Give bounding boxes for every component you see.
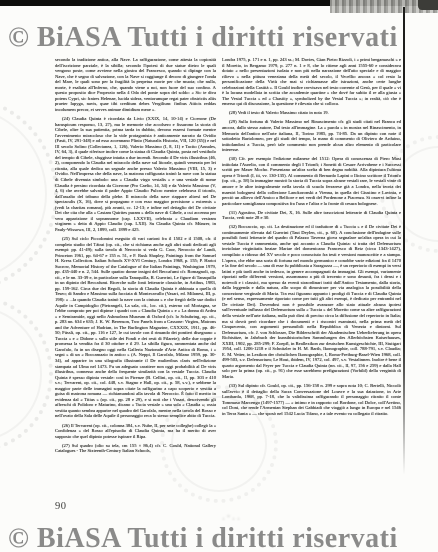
footnote-paragraph: (27) Sul quadro (olio su tela, cm 155 × …: [55, 443, 216, 454]
footnote-paragraph: (31) Agostino, De civitate Dei, X, 16. S…: [222, 210, 401, 221]
watermark-top: © BiASA Tutti i diritti riservati: [8, 22, 438, 54]
scan-corner-blob: [418, 0, 438, 10]
footnotes-right-column: Londra 1975, p. 171 e n. 1, pp. 243 ss.;…: [222, 57, 401, 416]
footnote-paragraph: (25) Sul ciclo Piccolomini eseguito di v…: [55, 236, 216, 419]
page-edge-line: [403, 7, 405, 475]
footnote-paragraph: (29) Sulla fortuna di Valerio Massimo ne…: [222, 119, 401, 152]
footnote-paragraph: (30) Cfr. per esempio l'edizione milanes…: [222, 156, 401, 206]
footnotes-left-column: secondo la tradizione antica, alla Nave.…: [55, 57, 216, 454]
footnote-paragraph: secondo la tradizione antica, alla Nave.…: [55, 57, 216, 112]
footnote-paragraph: (26) Il Tervarent (op. cit., colonna 384…: [55, 423, 216, 440]
stamp-circle: [0, 95, 58, 293]
footnote-paragraph: (32) Boccaccio, op. cit. La destinazione…: [222, 224, 401, 379]
footnote-paragraph: Londra 1975, p. 171 e n. 1, pp. 243 ss.;…: [222, 57, 401, 107]
page-number: 90: [55, 501, 67, 512]
stamp-circle: [0, 295, 53, 453]
footnote-paragraph: (28) Vedi il testo di Valerio Massimo ci…: [222, 110, 401, 116]
watermark-bottom: © BiASA Tutti i diritti riservati: [8, 523, 438, 552]
footnote-paragraph: (24) Claudia Quinta è ricordata da Livio…: [55, 116, 216, 232]
footnote-paragraph: (33) Sul dipinto cfr. Gould, op. cit., p…: [222, 383, 401, 416]
